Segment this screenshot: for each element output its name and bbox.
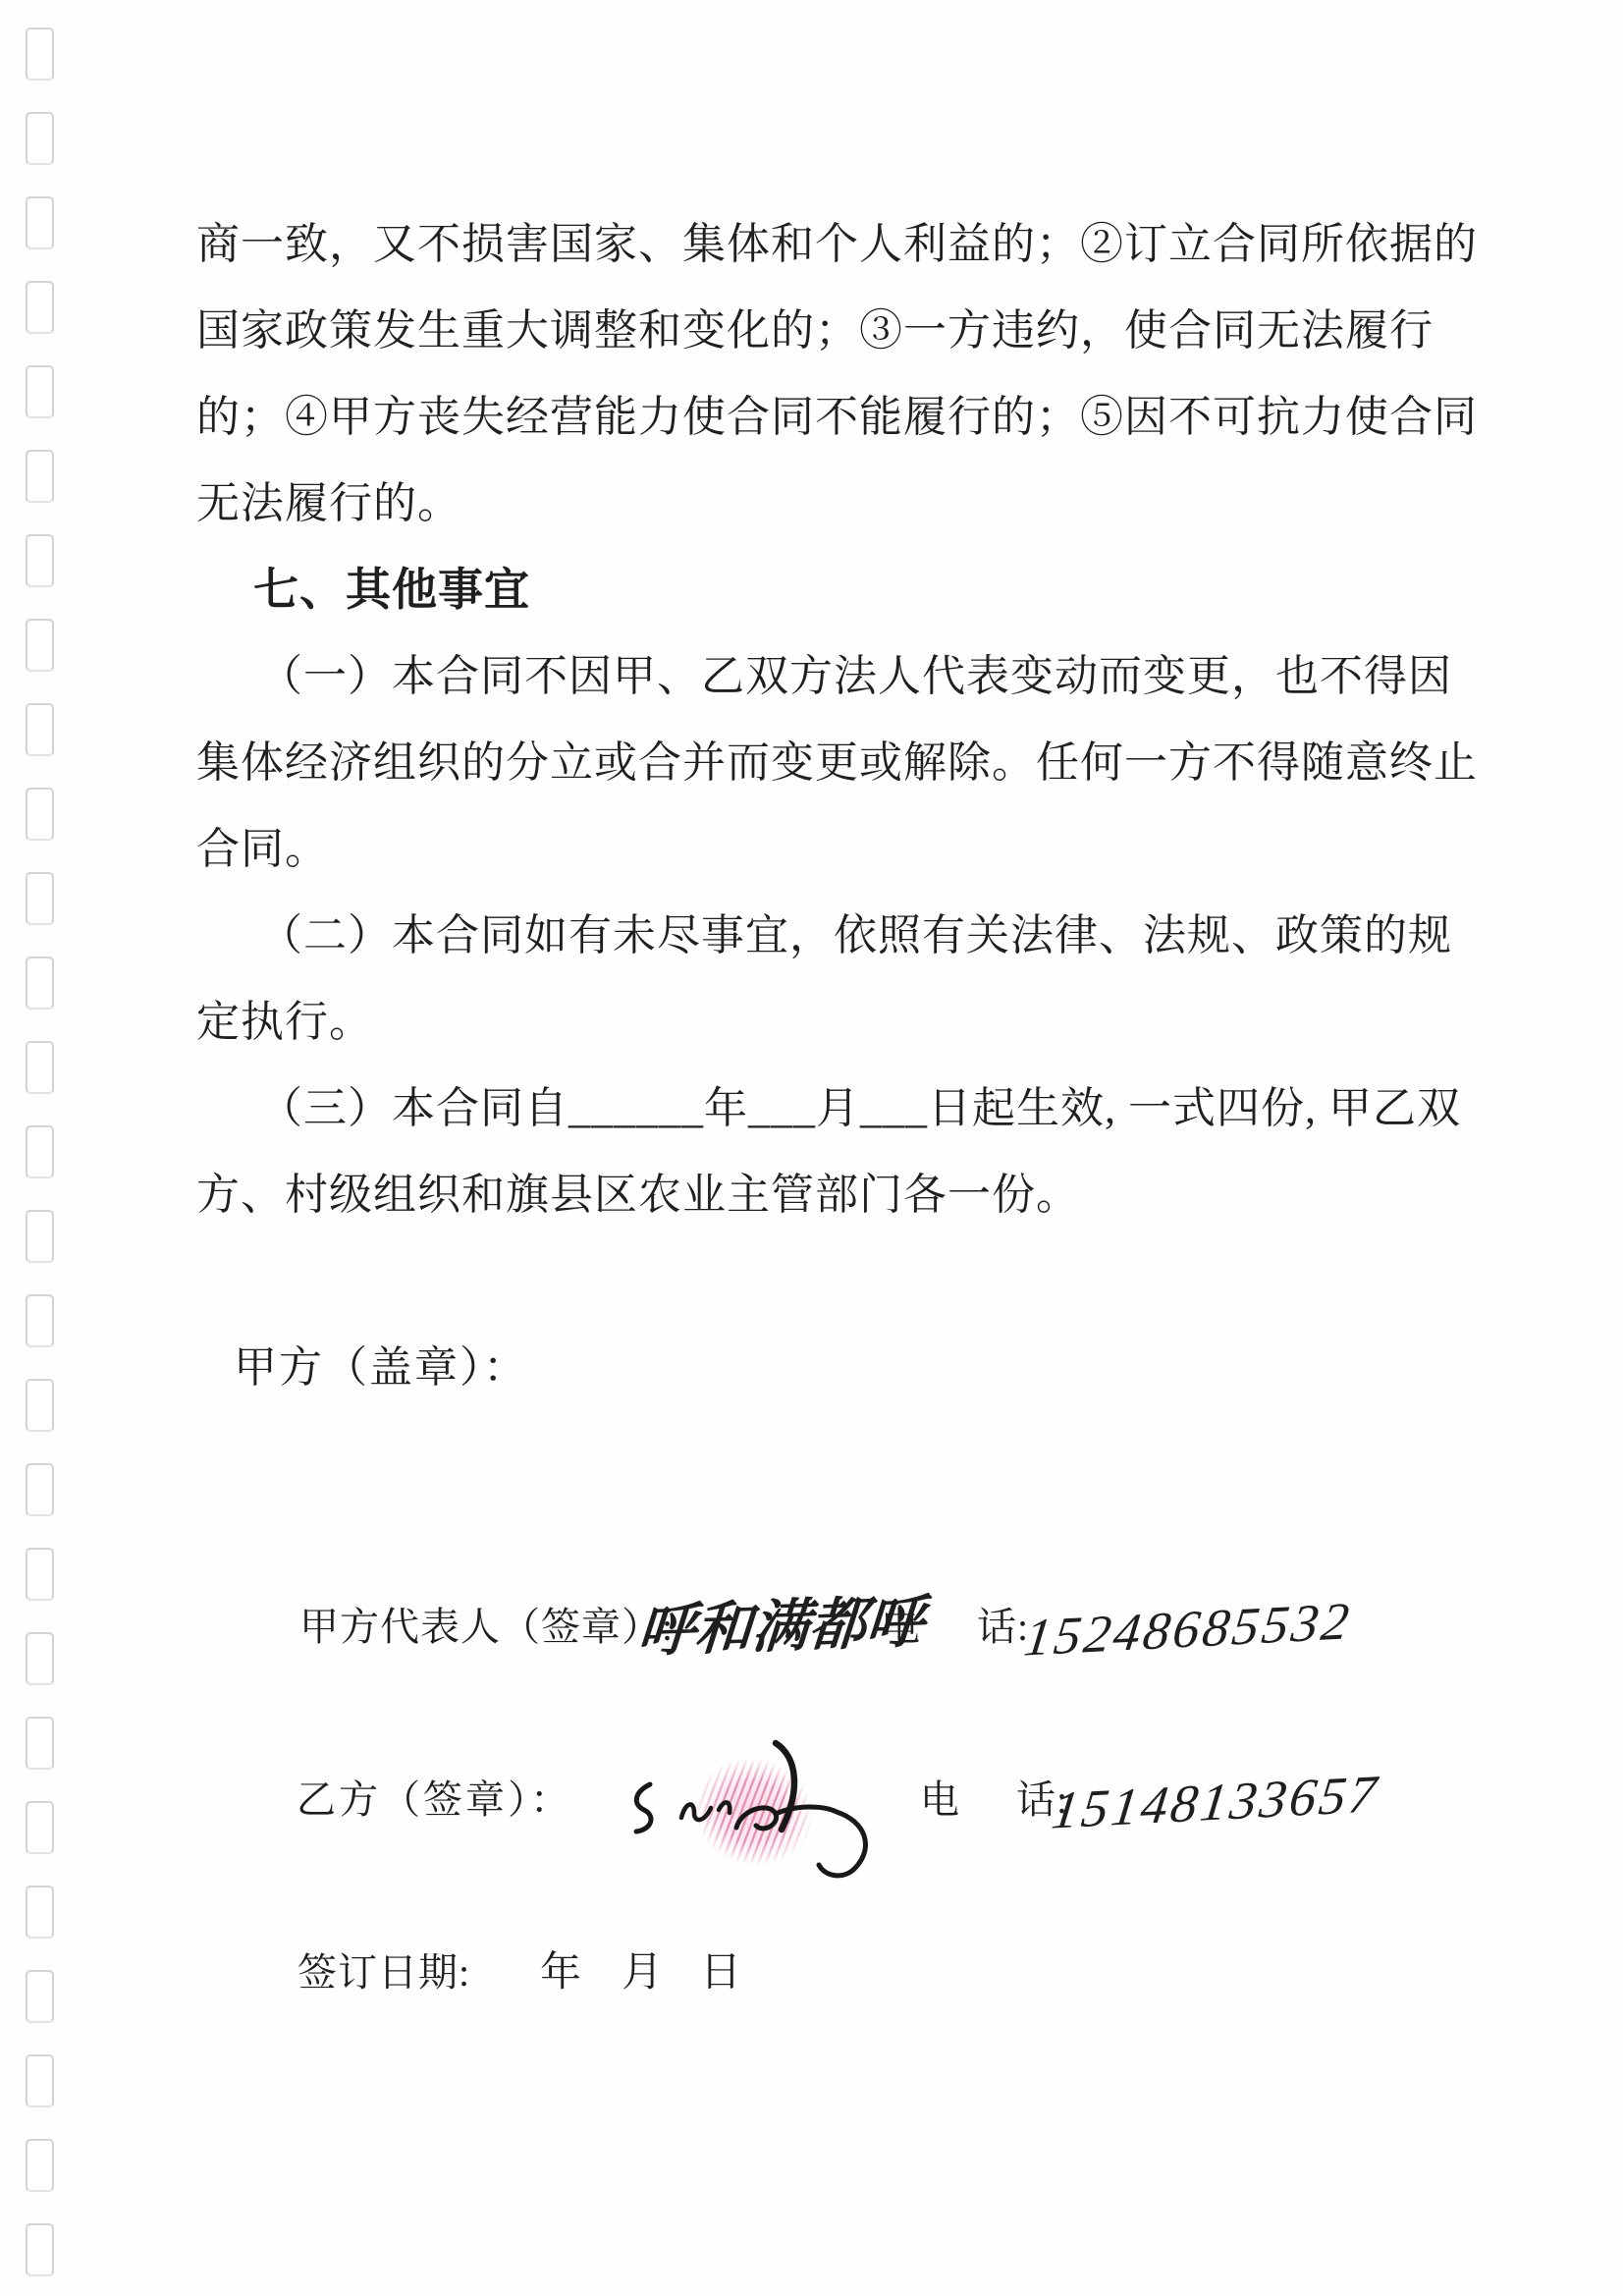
clause-3-line: 方、村级组织和旗县区农业主管部门各一份。 bbox=[196, 1152, 1483, 1238]
date-day-label: 日 bbox=[700, 1930, 741, 2016]
clause-1-line: （一）本合同不因甲、乙双方法人代表变动而变更，也不得因 bbox=[196, 633, 1483, 720]
date-month-label: 月 bbox=[622, 1930, 663, 2016]
clause-1-line: 集体经济组织的分立或合并而变更或解除。任何一方不得随意终止 bbox=[196, 720, 1483, 806]
signing-date-row: 签订日期: 年 月 日 bbox=[196, 1930, 1483, 2016]
spacer bbox=[196, 1411, 1483, 1498]
party-a-phone-label: 电 话: bbox=[881, 1584, 1029, 1670]
party-b-phone-label: 电 话: bbox=[920, 1757, 1068, 1843]
scanned-contract-page: 商一致，又不损害国家、集体和个人利益的；②订立合同所依据的 国家政策发生重大调整… bbox=[0, 0, 1623, 2296]
signing-date-label: 签订日期: bbox=[298, 1930, 470, 2016]
paragraph-line: 的；④甲方丧失经营能力使合同不能履行的；⑤因不可抗力使合同 bbox=[196, 374, 1483, 461]
clause-3-line: （三）本合同自______年___月___日起生效, 一式四份, 甲乙双 bbox=[196, 1066, 1483, 1152]
party-a-seal-label: 甲方（盖章）： bbox=[196, 1325, 1483, 1411]
party-b-phone-handwritten: 15148133657 bbox=[1047, 1750, 1383, 1853]
paragraph-line: 商一致，又不损害国家、集体和个人利益的；②订立合同所依据的 bbox=[196, 201, 1483, 288]
binding-hole bbox=[26, 2139, 54, 2192]
spacer bbox=[196, 1843, 1483, 1930]
paragraph-line: 国家政策发生重大调整和变化的；③一方违约，使合同无法履行 bbox=[196, 288, 1483, 374]
party-a-representative-row: 甲方代表人（签章）: 呼和满都呼 电 话: 15248685532 bbox=[196, 1584, 1483, 1670]
clause-2-line: （二）本合同如有未尽事宜，依照有关法律、法规、政策的规 bbox=[196, 893, 1483, 979]
spacer bbox=[196, 1238, 1483, 1325]
clause-2-line: 定执行。 bbox=[196, 979, 1483, 1066]
date-year-label: 年 bbox=[540, 1930, 581, 2016]
party-a-rep-label: 甲方代表人（签章）: bbox=[299, 1584, 674, 1670]
clause-1-line: 合同。 bbox=[196, 806, 1483, 893]
binding-hole bbox=[26, 2223, 54, 2276]
spacer bbox=[196, 1498, 1483, 1584]
party-b-seal-label: 乙方（签章）： bbox=[297, 1757, 572, 1843]
section-heading: 七、其他事宜 bbox=[196, 547, 1483, 633]
binding-hole bbox=[26, 2054, 54, 2107]
party-b-signature-row: 乙方（签章）： 电 话: 15148133657 bbox=[196, 1757, 1483, 1843]
party-a-phone-handwritten: 15248685532 bbox=[1019, 1577, 1356, 1680]
paragraph-line: 无法履行的。 bbox=[196, 461, 1483, 547]
contract-body: 商一致，又不损害国家、集体和个人利益的；②订立合同所依据的 国家政策发生重大调整… bbox=[0, 0, 1623, 2016]
